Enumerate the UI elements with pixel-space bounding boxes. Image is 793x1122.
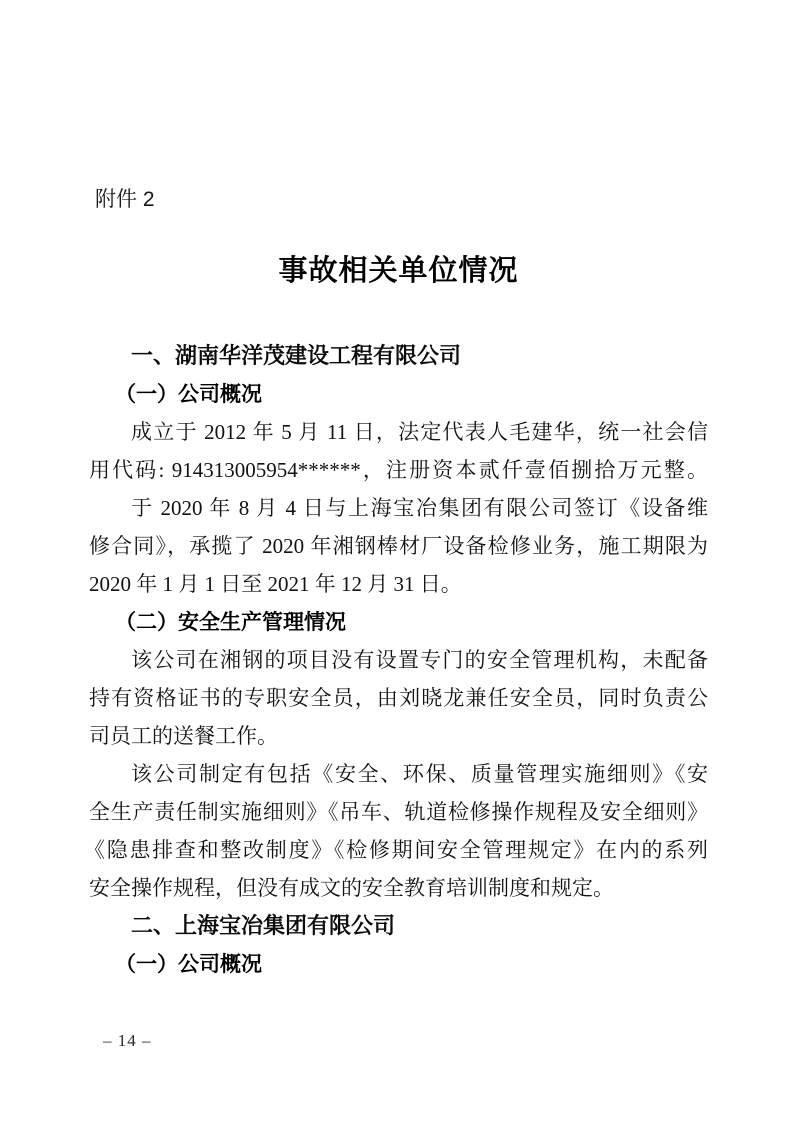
subsection-2-1-heading: （一）公司概况 (89, 945, 708, 983)
body-text-line: 用代码: 914313005954******，注册资本贰仟壹佰捌拾万元整。 (89, 451, 708, 489)
attachment-label: 附件 2 (95, 186, 155, 214)
body-text-line: 全生产责任制实施细则》《吊车、轨道检修操作规程及安全细则》 (89, 793, 708, 831)
body-text-line: 修合同》，承揽了 2020 年湘钢棒材厂设备检修业务，施工期限为 (89, 527, 708, 565)
body-text-line: 持有资格证书的专职安全员，由刘晓龙兼任安全员，同时负责公 (89, 679, 708, 717)
page-number: – 14 – (103, 1029, 152, 1053)
body-text-line: 2020 年 1 月 1 日至 2021 年 12 月 31 日。 (89, 565, 708, 603)
subsection-1-2-heading: （二）安全生产管理情况 (89, 603, 708, 641)
section-2-heading: 二、上海宝冶集团有限公司 (89, 907, 708, 945)
body-text-line: 成立于 2012 年 5 月 11 日，法定代表人毛建华，统一社会信 (89, 413, 708, 451)
document-page: 附件 2 事故相关单位情况 一、湖南华洋茂建设工程有限公司 （一）公司概况 成立… (0, 0, 793, 1122)
subsection-1-1-heading: （一）公司概况 (89, 375, 708, 413)
document-body: 一、湖南华洋茂建设工程有限公司 （一）公司概况 成立于 2012 年 5 月 1… (89, 337, 708, 983)
section-1-heading: 一、湖南华洋茂建设工程有限公司 (89, 337, 708, 375)
body-text-line: 于 2020 年 8 月 4 日与上海宝冶集团有限公司签订《设备维 (89, 489, 708, 527)
body-text-line: 安全操作规程，但没有成文的安全教育培训制度和规定。 (89, 869, 708, 907)
document-title: 事故相关单位情况 (89, 249, 708, 293)
body-text-line: 《隐患排查和整改制度》《检修期间安全管理规定》在内的系列 (89, 831, 708, 869)
body-text-line: 该公司在湘钢的项目没有设置专门的安全管理机构，未配备 (89, 641, 708, 679)
body-text-line: 该公司制定有包括《安全、环保、质量管理实施细则》《安 (89, 755, 708, 793)
body-text-line: 司员工的送餐工作。 (89, 717, 708, 755)
